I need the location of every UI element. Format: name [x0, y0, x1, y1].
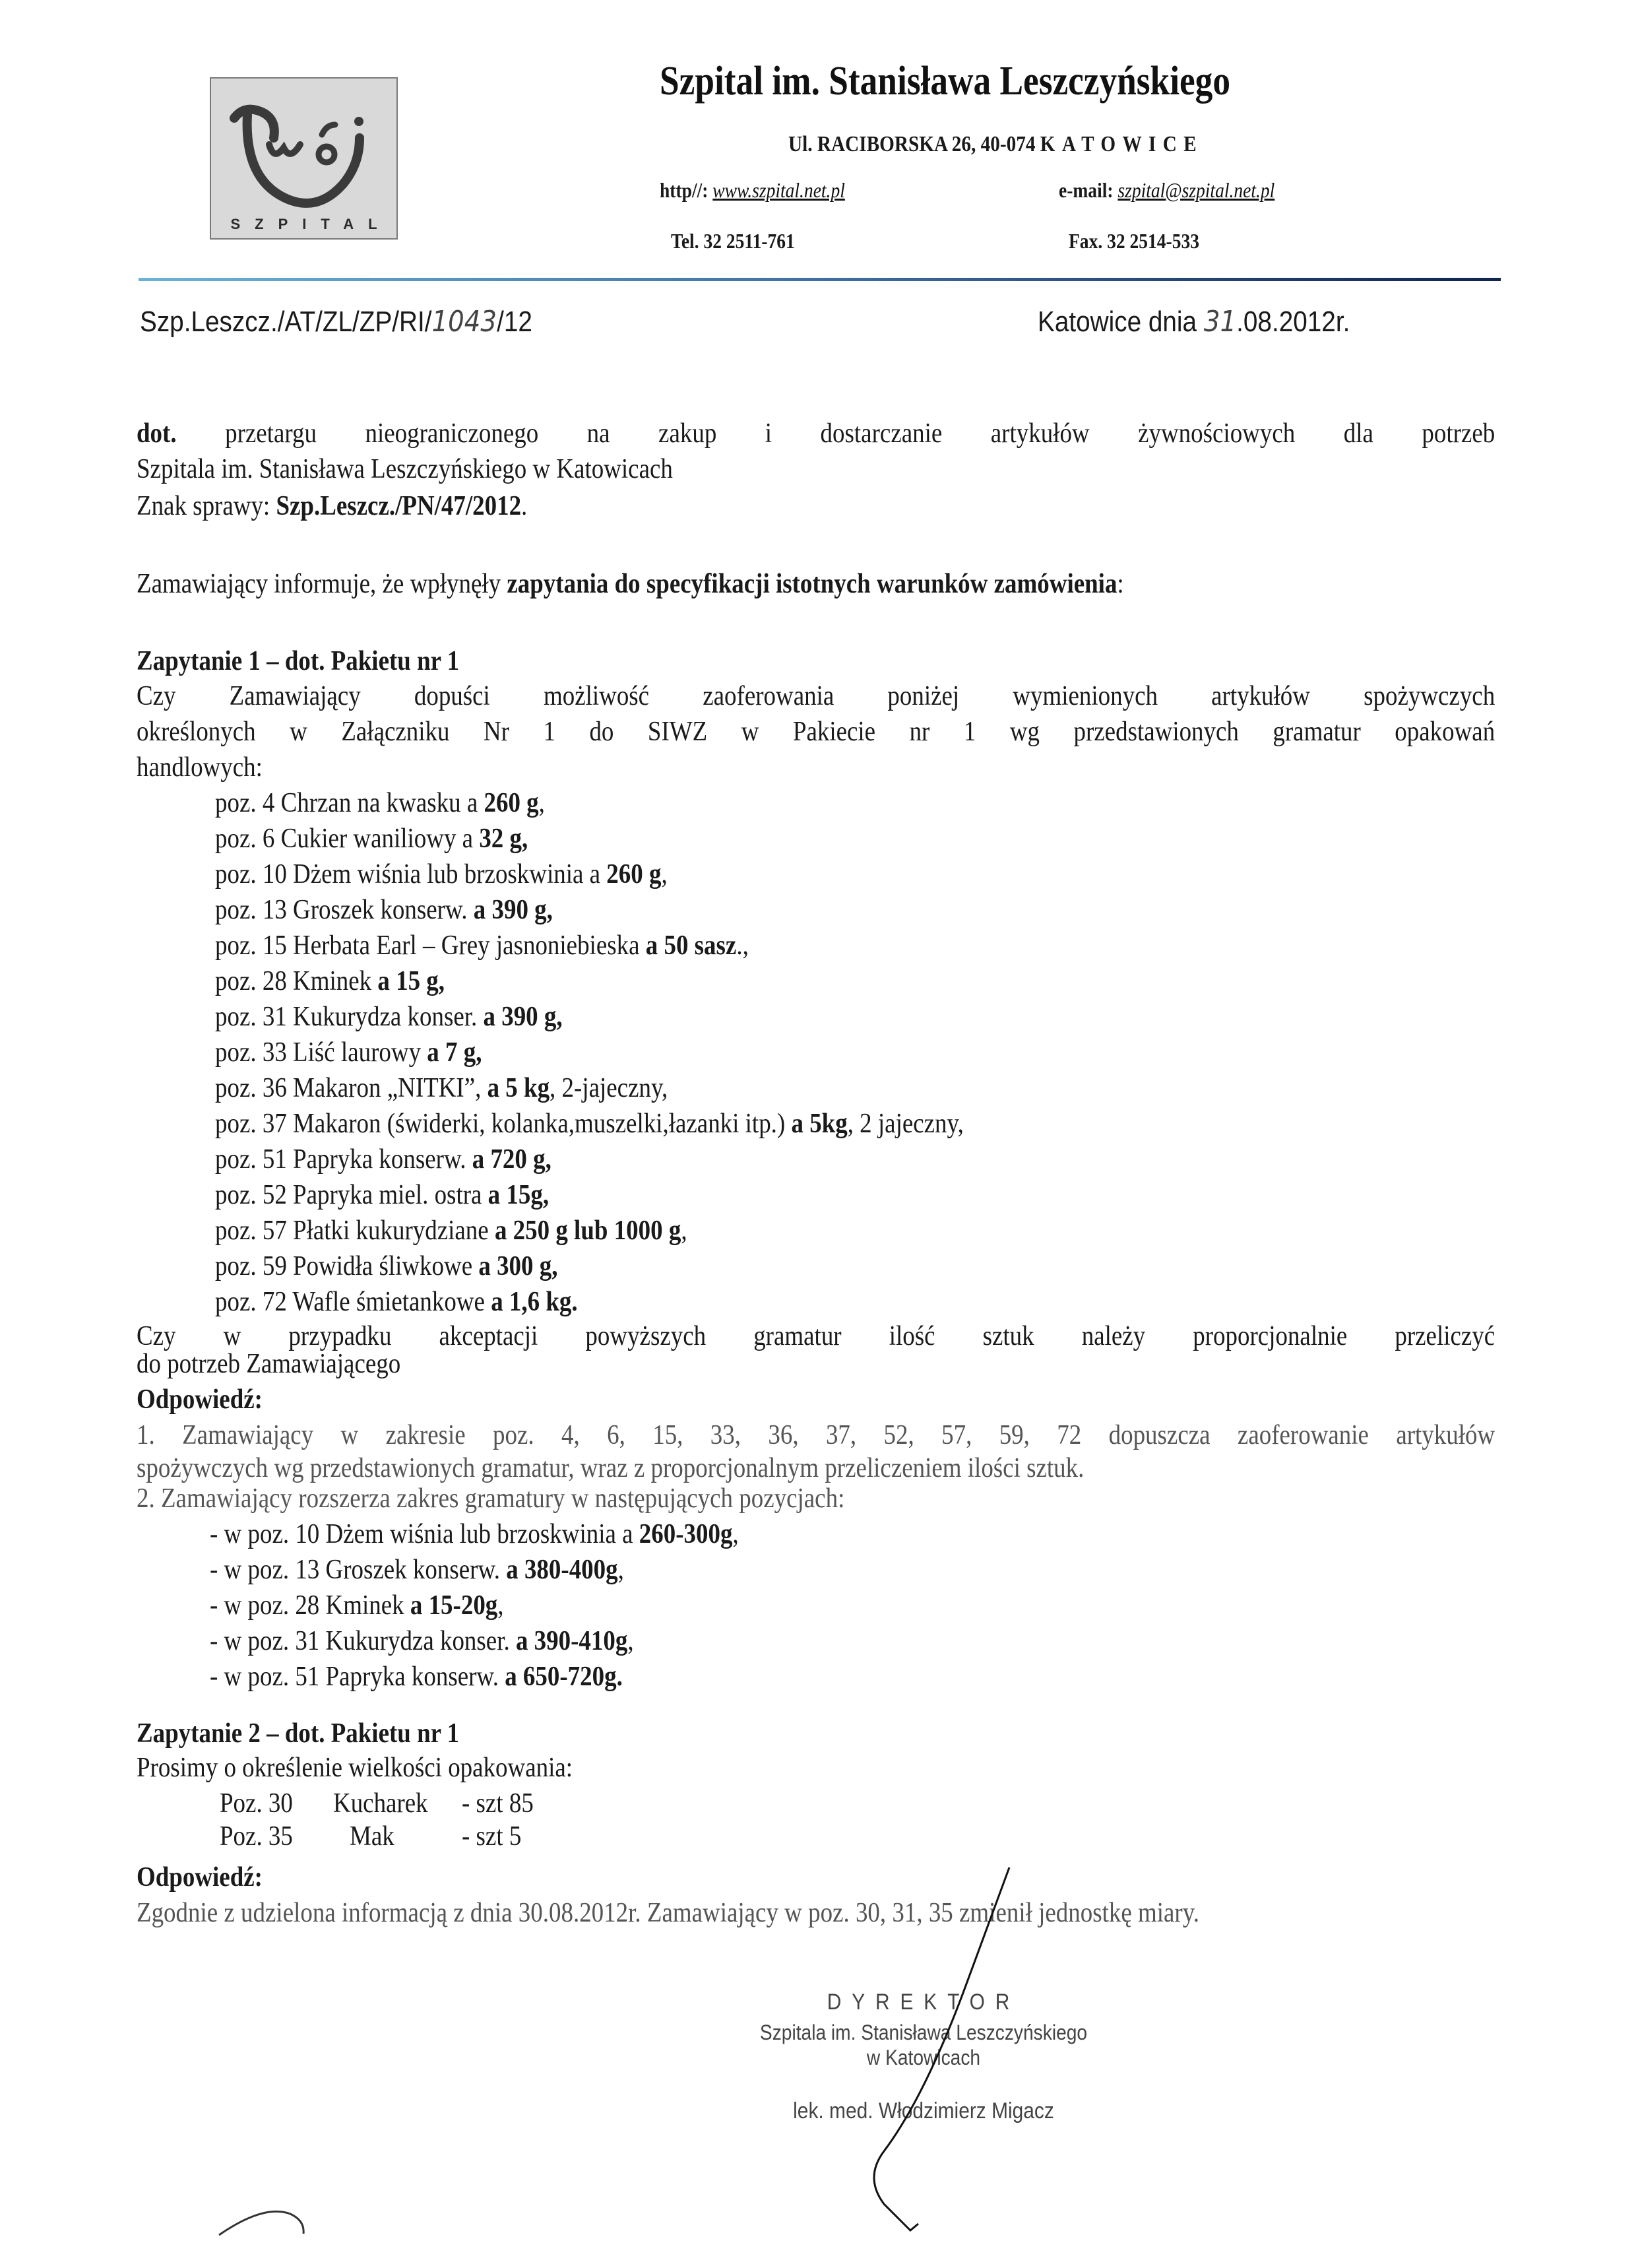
- pen-mark: [219, 2211, 303, 2235]
- handwritten-signature-stroke: [0, 0, 1636, 2268]
